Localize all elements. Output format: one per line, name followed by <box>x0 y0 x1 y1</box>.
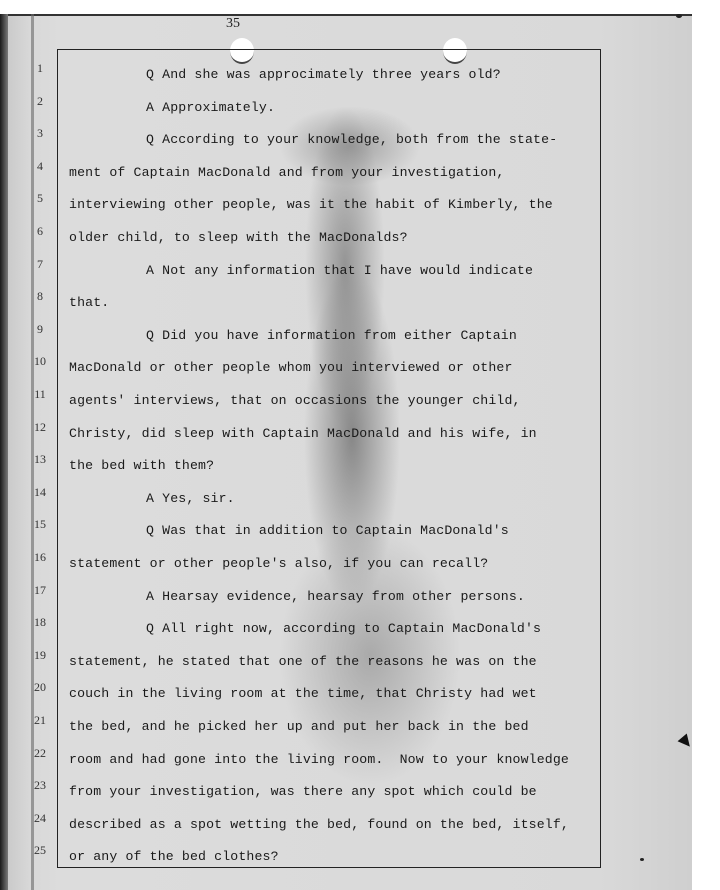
transcript-line: Q All right now, according to Captain Ma… <box>146 621 541 636</box>
line-number: 6 <box>32 224 48 239</box>
line-number: 11 <box>32 387 48 402</box>
ink-speck <box>676 14 682 18</box>
line-number: 4 <box>32 159 48 174</box>
transcript-line: A Yes, sir. <box>146 491 235 506</box>
line-number: 13 <box>32 452 48 467</box>
transcript-line: described as a spot wetting the bed, fou… <box>69 817 569 832</box>
transcript-line: that. <box>69 295 109 310</box>
transcript-line: A Not any information that I have would … <box>146 263 533 278</box>
line-number: 15 <box>32 517 48 532</box>
line-number: 2 <box>32 94 48 109</box>
line-number: 5 <box>32 191 48 206</box>
line-number: 16 <box>32 550 48 565</box>
line-number: 25 <box>32 843 48 858</box>
transcript-line: room and had gone into the living room. … <box>69 752 569 767</box>
line-number: 3 <box>32 126 48 141</box>
transcript-line: Christy, did sleep with Captain MacDonal… <box>69 426 537 441</box>
line-number: 24 <box>32 811 48 826</box>
page-number: 35 <box>226 16 240 32</box>
transcript-line: the bed with them? <box>69 458 214 473</box>
line-number: 17 <box>32 583 48 598</box>
transcript-line: A Approximately. <box>146 100 275 115</box>
binding-edge <box>0 14 8 890</box>
line-number: 18 <box>32 615 48 630</box>
transcript-line: Q Was that in addition to Captain MacDon… <box>146 523 509 538</box>
transcript-line: older child, to sleep with the MacDonald… <box>69 230 408 245</box>
line-number: 1 <box>32 61 48 76</box>
transcript-line: from your investigation, was there any s… <box>69 784 537 799</box>
transcript-line: Q And she was approcimately three years … <box>146 67 501 82</box>
line-number: 23 <box>32 778 48 793</box>
transcript-line: interviewing other people, was it the ha… <box>69 197 553 212</box>
transcript-line: A Hearsay evidence, hearsay from other p… <box>146 589 525 604</box>
transcript-line: ment of Captain MacDonald and from your … <box>69 165 504 180</box>
line-number: 14 <box>32 485 48 500</box>
transcript-line: couch in the living room at the time, th… <box>69 686 537 701</box>
line-number: 20 <box>32 680 48 695</box>
line-number: 19 <box>32 648 48 663</box>
line-number: 10 <box>32 354 48 369</box>
transcript-line: MacDonald or other people whom you inter… <box>69 360 513 375</box>
line-number: 22 <box>32 746 48 761</box>
line-number: 12 <box>32 420 48 435</box>
line-number: 7 <box>32 257 48 272</box>
transcript-line: or any of the bed clothes? <box>69 849 279 864</box>
transcript-line: statement or other people's also, if you… <box>69 556 488 571</box>
line-number: 9 <box>32 322 48 337</box>
transcript-line: Q Did you have information from either C… <box>146 328 517 343</box>
ink-speck <box>640 858 644 861</box>
line-number: 8 <box>32 289 48 304</box>
line-number: 21 <box>32 713 48 728</box>
transcript-line: statement, he stated that one of the rea… <box>69 654 537 669</box>
transcript-line: the bed, and he picked her up and put he… <box>69 719 529 734</box>
transcript-line: Q According to your knowledge, both from… <box>146 132 557 147</box>
transcript-line: agents' interviews, that on occasions th… <box>69 393 521 408</box>
